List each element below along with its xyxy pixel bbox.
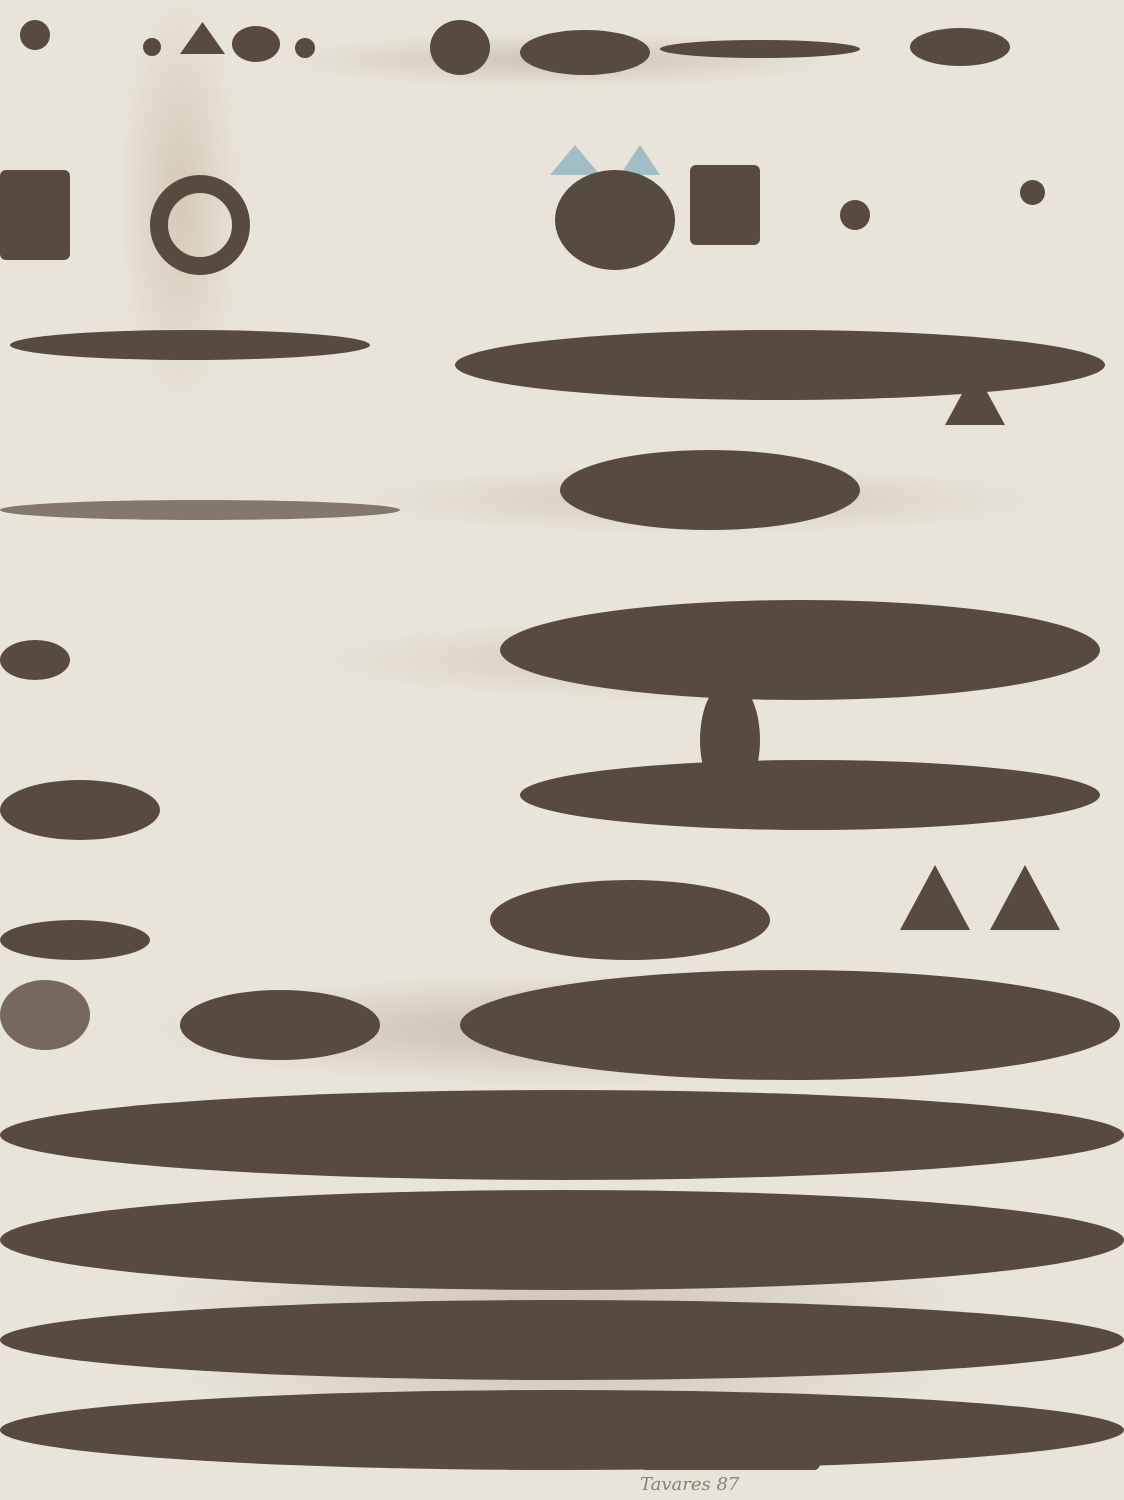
mark — [180, 990, 380, 1060]
mark — [20, 20, 50, 50]
mark — [520, 30, 650, 75]
mark — [150, 175, 250, 275]
artist-signature: Tavares 87 — [640, 1474, 739, 1495]
mark — [500, 600, 1100, 700]
mark — [0, 780, 160, 840]
mark — [0, 170, 70, 260]
mark — [0, 500, 400, 520]
mark — [295, 38, 315, 58]
mark — [550, 145, 600, 175]
mark — [1020, 180, 1045, 205]
mark — [640, 1420, 820, 1470]
mark — [455, 330, 1105, 400]
mark — [143, 38, 161, 56]
mark — [232, 26, 280, 62]
mark — [660, 40, 860, 58]
mark — [0, 920, 150, 960]
mark — [0, 640, 70, 680]
mark — [0, 980, 90, 1050]
mark — [690, 165, 760, 245]
mark — [490, 880, 770, 960]
mark — [990, 865, 1060, 930]
mark — [0, 1190, 1124, 1290]
mark — [430, 20, 490, 75]
artwork-canvas: Tavares 87 — [0, 0, 1124, 1500]
mark — [840, 200, 870, 230]
mark — [900, 865, 970, 930]
mark — [0, 1090, 1124, 1180]
mark — [180, 22, 225, 54]
mark — [560, 450, 860, 530]
mark — [460, 970, 1120, 1080]
mark — [910, 28, 1010, 66]
mark — [0, 1390, 1124, 1470]
mark — [0, 1300, 1124, 1380]
mark — [10, 330, 370, 360]
mark — [520, 760, 1100, 830]
mark — [555, 170, 675, 270]
